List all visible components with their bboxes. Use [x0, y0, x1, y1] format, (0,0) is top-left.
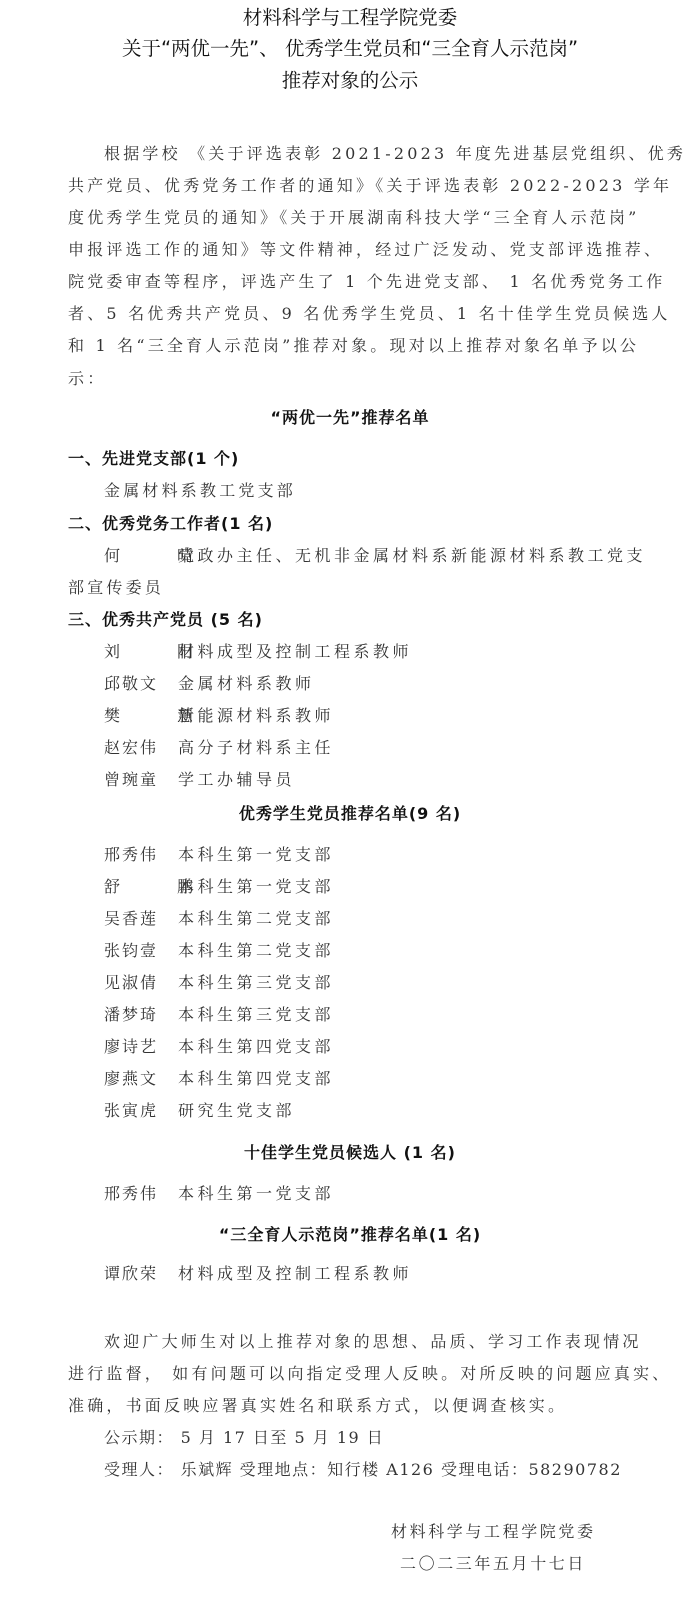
person-name: 邢秀伟: [104, 842, 178, 865]
party-worker-row: 何 晴党政办主任、无机非金属材料系新能源材料系教工党支: [104, 543, 646, 566]
intro-line: 共产党员、优秀党务工作者的通知》《关于评选表彰 2022-2023 学年: [68, 173, 672, 196]
person-name: 见淑倩: [104, 970, 178, 993]
list-item: 张钧壹本科生第二党支部: [104, 938, 334, 961]
person-name: 谭欣荣: [104, 1261, 178, 1284]
list-item: 赵宏伟高分子材料系主任: [104, 735, 334, 758]
person-name: 赵宏伟: [104, 735, 178, 758]
subsection-heading-branch: 一、先进党支部(1 个): [68, 446, 239, 469]
subsection-heading-worker: 二、优秀党务工作者(1 名): [68, 511, 273, 534]
person-name: 张寅虎: [104, 1098, 178, 1121]
list-item: 吴香莲本科生第二党支部: [104, 906, 334, 929]
list-item: 张寅虎研究生党支部: [104, 1098, 295, 1121]
closing-line: 进行监督， 如有问题可以向指定受理人反映。对所反映的问题应真实、: [68, 1361, 672, 1384]
intro-line: 申报评选工作的通知》等文件精神，经过广泛发动、党支部评选推荐、: [68, 237, 663, 260]
person-name: 邢秀伟: [104, 1181, 178, 1204]
intro-line: 者、5 名优秀共产党员、9 名优秀学生党员、1 名十佳学生党员候选人: [68, 301, 671, 324]
contact-info: 受理人： 乐斌辉 受理地点：知行楼 A126 受理电话：58290782: [104, 1457, 622, 1480]
party-branch: 本科生第三党支部: [178, 1005, 334, 1024]
list-item: 廖诗艺本科生第四党支部: [104, 1034, 334, 1057]
section-title-students: 优秀学生党员推荐名单(9 名): [0, 801, 700, 824]
list-item: 邢秀伟本科生第一党支部: [104, 842, 334, 865]
person-name: 邱敬文: [104, 671, 178, 694]
person-name: 吴香莲: [104, 906, 178, 929]
party-branch: 本科生第四党支部: [178, 1037, 334, 1056]
list-item: 邢秀伟本科生第一党支部: [104, 1181, 334, 1204]
person-name: 廖燕文: [104, 1066, 178, 1089]
doc-title-org: 材料科学与工程学院党委: [0, 2, 700, 30]
person-role: 党政办主任、无机非金属材料系新能源材料系教工党支: [178, 546, 646, 565]
list-item: 谭欣荣材料成型及控制工程系教师: [104, 1261, 412, 1284]
person-role: 新能源材料系教师: [178, 706, 334, 725]
list-item: 舒 鹏本科生第一党支部: [104, 874, 334, 897]
list-item: 廖燕文本科生第四党支部: [104, 1066, 334, 1089]
section-title-top10: 十佳学生党员候选人 (1 名): [0, 1140, 700, 1163]
advanced-branch-item: 金属材料系教工党支部: [104, 478, 296, 501]
intro-line: 根据学校 《关于评选表彰 2021-2023 年度先进基层党组织、优秀: [104, 141, 686, 164]
publicity-period: 公示期： 5 月 17 日至 5 月 19 日: [104, 1425, 384, 1448]
list-item: 邱敬文金属材料系教师: [104, 671, 315, 694]
intro-line: 示：: [68, 366, 106, 389]
party-branch: 本科生第二党支部: [178, 909, 334, 928]
intro-line: 度优秀学生党员的通知》《关于开展湖南科技大学“三全育人示范岗”: [68, 205, 640, 228]
person-name: 刘 阳: [104, 639, 178, 662]
closing-line: 欢迎广大师生对以上推荐对象的思想、品质、学习工作表现情况: [104, 1329, 642, 1352]
list-item: 潘梦琦本科生第三党支部: [104, 1002, 334, 1025]
person-role: 金属材料系教师: [178, 674, 315, 693]
person-role: 学工办辅导员: [178, 770, 295, 789]
signature-date: 二〇二三年五月十七日: [400, 1551, 586, 1574]
list-item: 曾琬童学工办辅导员: [104, 767, 295, 790]
list-item: 樊 慧新能源材料系教师: [104, 703, 334, 726]
party-branch: 研究生党支部: [178, 1101, 295, 1120]
person-name: 张钧壹: [104, 938, 178, 961]
section-title-liangyou: “两优一先”推荐名单: [0, 405, 700, 428]
section-title-sanquan: “三全育人示范岗”推荐名单(1 名): [0, 1222, 700, 1245]
list-item: 见淑倩本科生第三党支部: [104, 970, 334, 993]
party-branch: 本科生第一党支部: [178, 1184, 334, 1203]
intro-line: 院党委审查等程序，评选产生了 1 个先进党支部、 1 名优秀党务工作: [68, 269, 666, 292]
person-name: 何 晴: [104, 543, 178, 566]
party-branch: 本科生第四党支部: [178, 1069, 334, 1088]
party-branch: 本科生第一党支部: [178, 845, 334, 864]
doc-title-main: 关于“两优一先”、 优秀学生党员和“三全育人示范岗”: [0, 33, 700, 61]
person-name: 曾琬童: [104, 767, 178, 790]
person-name: 舒 鹏: [104, 874, 178, 897]
party-branch: 本科生第一党支部: [178, 877, 334, 896]
person-name: 廖诗艺: [104, 1034, 178, 1057]
person-role: 材料成型及控制工程系教师: [178, 1264, 412, 1283]
person-role: 材料成型及控制工程系教师: [178, 642, 412, 661]
person-name: 樊 慧: [104, 703, 178, 726]
subsection-heading-members: 三、优秀共产党员 (5 名): [68, 607, 263, 630]
person-role-continued: 部宣传委员: [68, 575, 164, 598]
party-branch: 本科生第三党支部: [178, 973, 334, 992]
closing-line: 准确，书面反映应署真实姓名和联系方式，以便调查核实。: [68, 1393, 567, 1416]
intro-line: 和 1 名“三全育人示范岗”推荐对象。现对以上推荐对象名单予以公: [68, 333, 639, 356]
party-branch: 本科生第二党支部: [178, 941, 334, 960]
signature-org: 材料科学与工程学院党委: [391, 1519, 596, 1542]
person-name: 潘梦琦: [104, 1002, 178, 1025]
list-item: 刘 阳材料成型及控制工程系教师: [104, 639, 412, 662]
person-role: 高分子材料系主任: [178, 738, 334, 757]
doc-title-sub: 推荐对象的公示: [0, 65, 700, 93]
